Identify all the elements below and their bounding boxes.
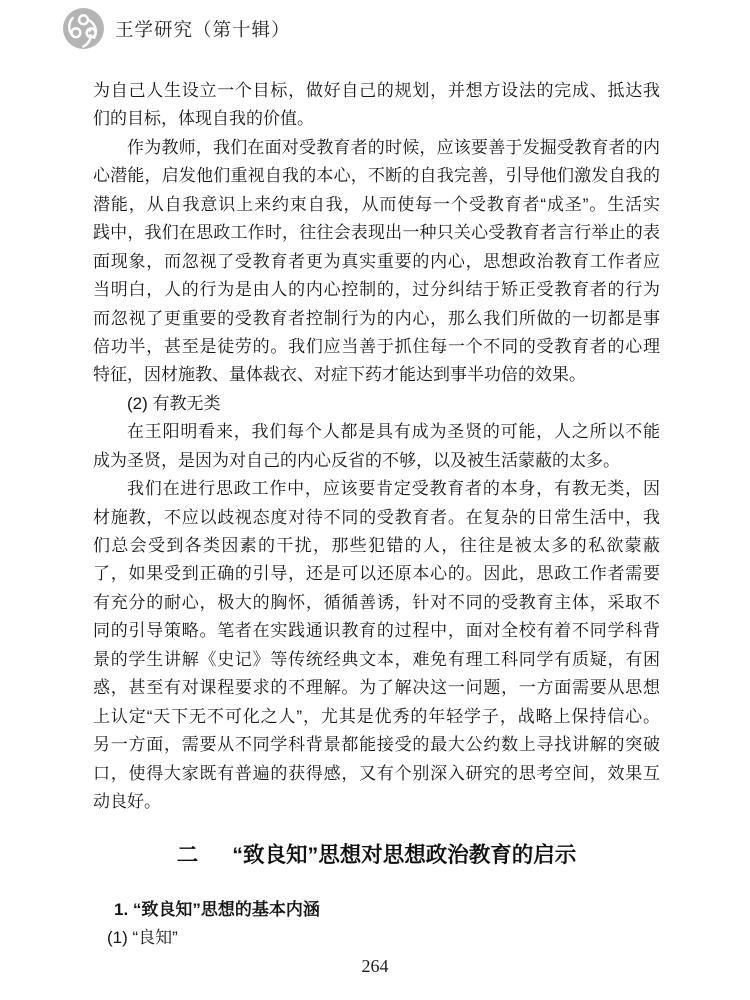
text-line: 有充分的耐心，极大的胸怀，循循善诱，针对不同的受教育主体，采取不 — [93, 589, 660, 617]
text-line: 成为圣贤，是因为对自己的内心反省的不够，以及被生活蒙蔽的太多。 — [93, 447, 660, 475]
text-line: 面现象，而忽视了受教育者更为真实重要的内心，思想政治教育工作者应 — [93, 248, 660, 276]
text-line: 在王阳明看来，我们每个人都是具有成为圣贤的可能，人之所以不能 — [93, 418, 660, 446]
book-page: 王学研究（第十辑） 为自己人生设立一个目标，做好自己的规划，并想方设法的完成、抵… — [0, 0, 750, 1000]
text-line: 倍功半，甚至是徒劳的。我们应当善于抓住每一个不同的受教育者的心理 — [93, 333, 660, 361]
subsubsection-heading: (1) “良知” — [107, 923, 178, 948]
cloud-swirl-logo — [62, 7, 105, 50]
running-head: 王学研究（第十辑） — [62, 7, 291, 50]
text-line: 践中，我们在思政工作时，往往会表现出一种只关心受教育者言行举止的表 — [93, 219, 660, 247]
text-line: 为自己人生设立一个目标，做好自己的规划，并想方设法的完成、抵达我 — [93, 77, 660, 105]
text-line: 动良好。 — [93, 788, 660, 816]
text-line: 上认定“天下无不可化之人”，尤其是优秀的年轻学子，战略上保持信心。 — [93, 703, 660, 731]
running-head-title: 王学研究（第十辑） — [115, 16, 291, 42]
text-line: 心潜能，启发他们重视自我的本心，不断的自我完善，引导他们激发自我的 — [93, 162, 660, 190]
text-line: (2) 有教无类 — [93, 390, 660, 418]
section-heading: 二“致良知”思想对思想政治教育的启示 — [93, 838, 660, 869]
text-line: 了，如果受到正确的引导，还是可以还原本心的。因此，思政工作者需要 — [93, 560, 660, 588]
page-number: 264 — [0, 956, 750, 977]
text-line: 而忽视了更重要的受教育者控制行为的内心，那么我们所做的一切都是事 — [93, 305, 660, 333]
section-heading-title: “致良知”思想对思想政治教育的启示 — [232, 843, 576, 867]
text-line: 景的学生讲解《史记》等传统经典文本，难免有理工科同学有质疑，有困 — [93, 646, 660, 674]
body-text-block: 为自己人生设立一个目标，做好自己的规划，并想方设法的完成、抵达我们的目标，体现自… — [93, 77, 660, 816]
text-line: 口，使得大家既有普遍的获得感，又有个别深入研究的思考空间，效果互 — [93, 760, 660, 788]
text-line: 同的引导策略。笔者在实践通识教育的过程中，面对全校有着不同学科背 — [93, 617, 660, 645]
text-line: 材施教，不应以歧视态度对待不同的受教育者。在复杂的日常生活中，我 — [93, 504, 660, 532]
text-line: 特征，因材施教、量体裁衣、对症下药才能达到事半功倍的效果。 — [93, 361, 660, 389]
text-line: 另一方面，需要从不同学科背景都能接受的最大公约数上寻找讲解的突破 — [93, 731, 660, 759]
text-line: 们总会受到各类因素的干扰，那些犯错的人，往往是被太多的私欲蒙蔽 — [93, 532, 660, 560]
subsection-heading: 1. “致良知”思想的基本内涵 — [114, 895, 320, 920]
text-line: 们的目标，体现自我的价值。 — [93, 105, 660, 133]
text-line: 我们在进行思政工作中，应该要肯定受教育者的本身，有教无类，因 — [93, 475, 660, 503]
text-line: 当明白，人的行为是由人的内心控制的，过分纠结于矫正受教育者的行为 — [93, 276, 660, 304]
section-heading-number: 二 — [177, 843, 199, 867]
text-line: 作为教师，我们在面对受教育者的时候，应该要善于发掘受教育者的内 — [93, 134, 660, 162]
text-line: 潜能，从自我意识上来约束自我，从而使每一个受教育者“成圣”。生活实 — [93, 191, 660, 219]
text-line: 惑，甚至有对课程要求的不理解。为了解决这一问题，一方面需要从思想 — [93, 674, 660, 702]
